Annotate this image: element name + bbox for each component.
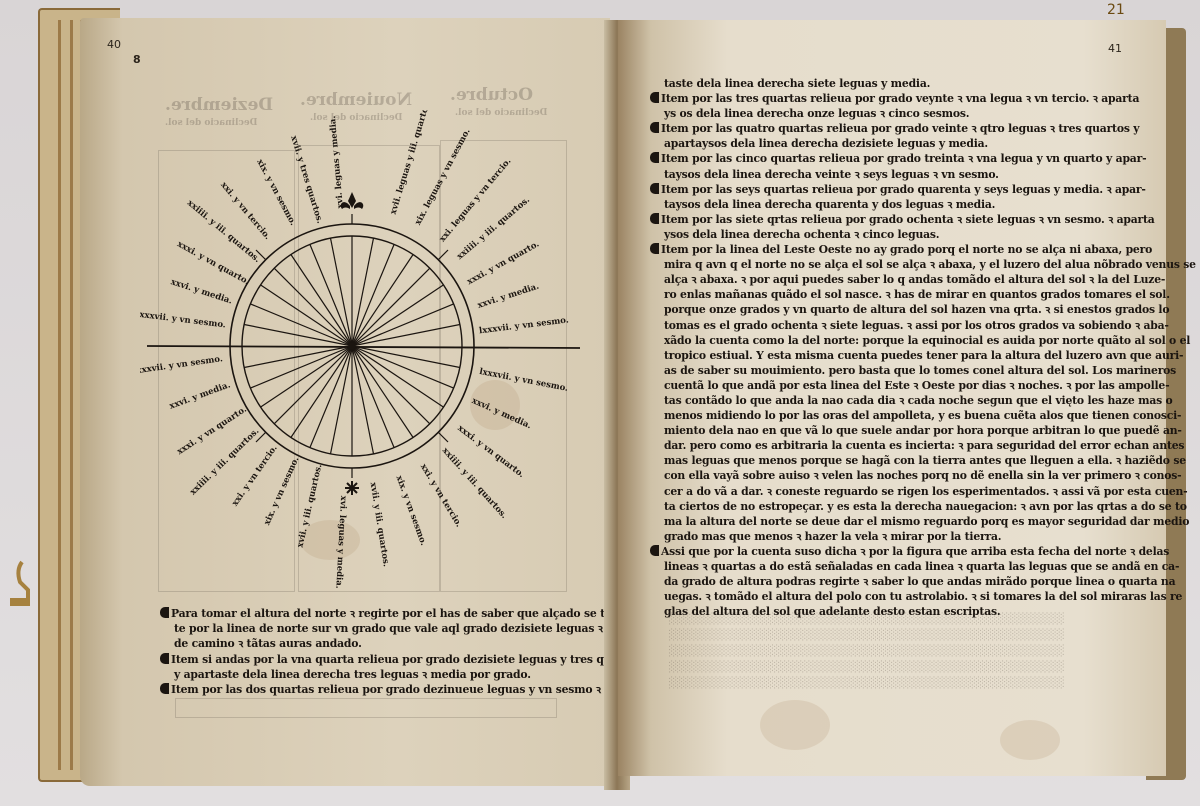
rose-label: xxi. y vn tercio. (418, 462, 464, 529)
text-line: Assi que por la cuenta suso dicha ꝛ por … (650, 544, 1196, 559)
pilcrow-icon (160, 607, 169, 618)
text-line: mira q avn q el norte no se alça el sol … (650, 257, 1196, 272)
text-line: uegas. ꝛ tomãdo el altura del polo con t… (650, 589, 1196, 604)
text-line: ma la altura del norte se deue dar el mi… (650, 514, 1196, 529)
pilcrow-icon (650, 152, 659, 163)
text-line: tomas es el grado ochenta ꝛ siete leguas… (650, 318, 1196, 333)
text-line: tas contãdo lo que anda la nao cada dia … (650, 393, 1196, 408)
rose-label: lxxxvii. y vn sesmo. (478, 367, 568, 394)
text-line: mas leguas que menos porque se hagã con … (650, 453, 1196, 468)
pilcrow-icon (650, 122, 659, 133)
text-line: Item por las siete qrtas relieua por gra… (650, 212, 1196, 227)
text-line: Para tomar el altura del norte ꝛ regirte… (160, 606, 654, 621)
text-line: cer a do vã a dar. ꝛ coneste reguardo se… (650, 484, 1196, 499)
text-line: grado mas que menos ꝛ hazer la vela ꝛ mi… (650, 529, 1196, 544)
left-page-text: Para tomar el altura del norte ꝛ regirte… (160, 606, 654, 697)
pilcrow-icon (650, 243, 659, 254)
rose-label: xvi. leguas y media. (333, 495, 348, 589)
page-number: 40 (107, 38, 121, 51)
show-through-text: ░░░░░░░░░░░░░░░░░░░░░░░░░░░░░░░░░░░░░░░░… (668, 644, 1064, 658)
ghost-header: Nouiembre. (300, 90, 412, 110)
show-through-text: ░░░░░░░░░░░░░░░░░░░░░░░░░░░░░░░░░░░░░░░░… (668, 612, 1064, 626)
pilcrow-icon (160, 683, 169, 694)
signature-mark: 8 (133, 53, 141, 66)
text-line: ro enlas mañanas quãdo el sol nasce. ꝛ h… (650, 287, 1196, 302)
paper-stain (760, 700, 830, 750)
paper-stain (1000, 720, 1060, 760)
pilcrow-icon (650, 92, 659, 103)
folio-number: 21 (1107, 2, 1125, 18)
rose-label: xxvi. y media. (470, 396, 533, 431)
right-page-text: taste dela linea derecha siete leguas y … (650, 76, 1196, 619)
rose-label: xvi. leguas y media. (328, 115, 346, 209)
text-line: taste dela linea derecha siete leguas y … (650, 76, 1196, 91)
rose-label: xvii. y iii. quartos. (368, 482, 391, 568)
pilcrow-icon (160, 653, 169, 664)
page-number: 41 (1108, 42, 1122, 55)
text-line: porque onze grados y vn quarto de altura… (650, 302, 1196, 317)
text-line: taysos dela linea derecha quarenta y dos… (650, 197, 1196, 212)
text-line: tropico estiual. Y esta misma cuenta pue… (650, 348, 1196, 363)
text-line: y apartaste dela linea derecha tres legu… (160, 667, 654, 682)
text-line: Item por las dos quartas relieua por gra… (160, 682, 654, 697)
text-line: xãdo la cuenta como la del norte: porque… (650, 333, 1196, 348)
show-through-text: ░░░░░░░░░░░░░░░░░░░░░░░░░░░░░░░░░░░░░░░░… (668, 628, 1064, 642)
text-line: ysos dela linea derecha ochenta ꝛ cinco … (650, 227, 1196, 242)
compass-rose-diagram: xvi. leguas y media. xvii. leguas y iii.… (140, 110, 580, 600)
show-through-text: ░░░░░░░░░░░░░░░░░░░░░░░░░░░░░░░░░░░░░░░░… (668, 660, 1064, 674)
text-line: menos midiendo lo por las oras del ampol… (650, 408, 1196, 423)
text-line: apartaysos dela linea derecha dezisiete … (650, 136, 1196, 151)
text-line: ta ciertos de no estropeçar. y es esta l… (650, 499, 1196, 514)
text-line: lineas ꝛ quartas a do estã señaladas en … (650, 559, 1196, 574)
text-line: Item por la linea del Leste Oeste no ay … (650, 242, 1196, 257)
rose-label: xxvi. y media. (169, 277, 233, 306)
rose-label: xxvi. y media. (168, 380, 232, 411)
text-line: ys os dela linea derecha onze leguas ꝛ c… (650, 106, 1196, 121)
text-line: con ella vayã sobre auiso ꝛ velen las no… (650, 468, 1196, 483)
text-line: miento dela nao en que vã lo que suele a… (650, 423, 1196, 438)
rose-label: xix. y vn sesmo. (262, 455, 301, 526)
rose-label: xvii. y iii. quartos. (295, 463, 324, 548)
text-line: Item por las seys quartas relieua por gr… (650, 182, 1196, 197)
text-line: de camino ꝛ tãtas auras andado. (160, 636, 654, 651)
rose-label: lxxxvii. y vn sesmo. (140, 310, 226, 331)
text-line: cuentã lo que andã por esta linea del Es… (650, 378, 1196, 393)
rose-label: xix. y vn sesmo. (254, 158, 297, 228)
text-line: te por la linea de norte sur vn grado qu… (160, 621, 654, 636)
text-line: da grado de altura podras regirte ꝛ sabe… (650, 574, 1196, 589)
ghost-table (175, 698, 557, 718)
text-line: dar. pero como es arbitraria la cuenta e… (650, 438, 1196, 453)
text-line: Item por las cinco quartas relieua por g… (650, 151, 1196, 166)
rose-label: lxxxvii. y vn sesmo. (140, 354, 223, 376)
bookmark-tab (8, 560, 32, 612)
text-line: alça ꝛ abaxa. ꝛ por aqui puedes saber lo… (650, 272, 1196, 287)
star-icon (345, 481, 359, 495)
ghost-header: Octubre. (450, 85, 533, 105)
text-line: taysos dela linea derecha veinte ꝛ seys … (650, 167, 1196, 182)
text-line: Item por las quatro quartas relieua por … (650, 121, 1196, 136)
rose-label: xix. y vn sesmo. (394, 474, 429, 547)
rose-label: lxxxvii. y vn sesmo. (479, 315, 570, 336)
text-line: Item por las tres quartas relieua por gr… (650, 91, 1196, 106)
rose-label: xvii. y tres quartos. (288, 135, 324, 225)
pilcrow-icon (650, 545, 659, 556)
rose-label: xxvi. y media. (476, 282, 540, 311)
text-line: Item si andas por la vna quarta relieua … (160, 652, 654, 667)
pilcrow-icon (650, 213, 659, 224)
show-through-text: ░░░░░░░░░░░░░░░░░░░░░░░░░░░░░░░░░░░░░░░░… (668, 676, 1064, 690)
pilcrow-icon (650, 183, 659, 194)
text-line: as de saber su mouimiento. pero basta qu… (650, 363, 1196, 378)
